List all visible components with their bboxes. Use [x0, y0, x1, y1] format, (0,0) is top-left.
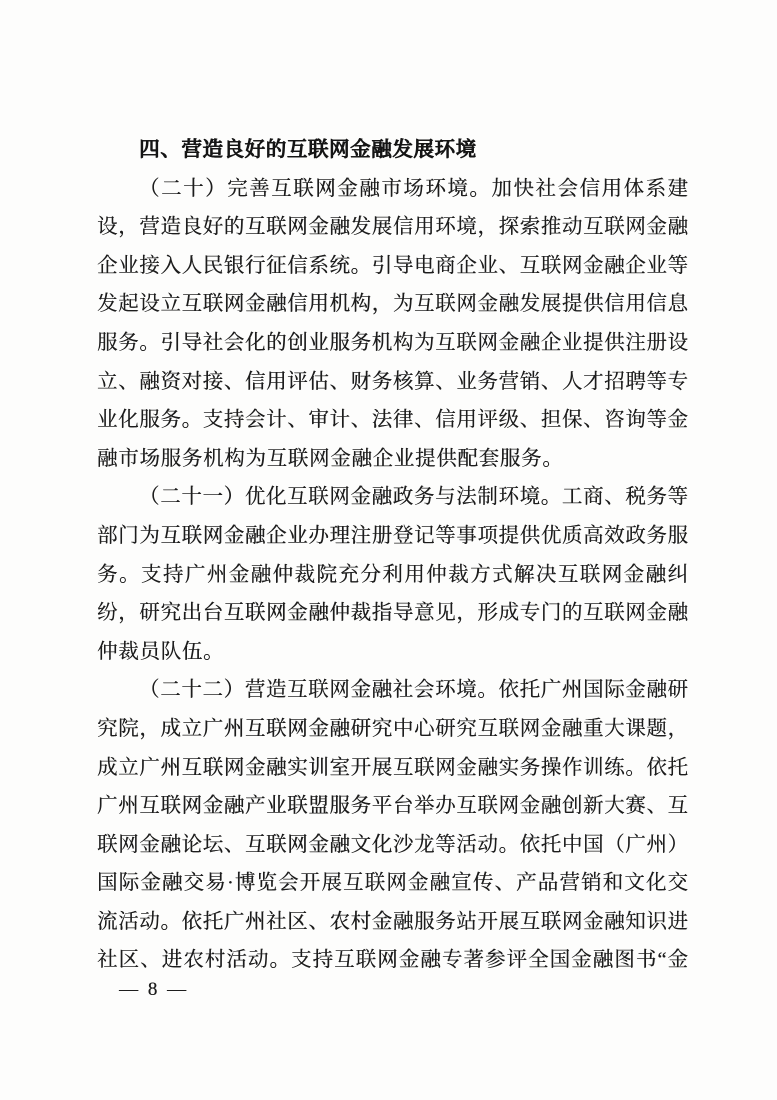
text-line: 仲裁员队伍。	[97, 633, 688, 672]
text-line: 究院，成立广州互联网金融研究中心研究互联网金融重大课题，	[97, 710, 688, 749]
text-line: 融市场服务机构为互联网金融企业提供配套服务。	[97, 440, 688, 479]
text-line: 流活动。依托广州社区、农村金融服务站开展互联网金融知识进	[97, 903, 688, 942]
document-content: 四、营造良好的互联网金融发展环境 （二十）完善互联网金融市场环境。加快社会信用体…	[97, 131, 688, 980]
text-line: （二十）完善互联网金融市场环境。加快社会信用体系建	[97, 170, 688, 209]
text-line: 立、融资对接、信用评估、财务核算、业务营销、人才招聘等专	[97, 363, 688, 402]
text-line: 纷，研究出台互联网金融仲裁指导意见，形成专门的互联网金融	[97, 594, 688, 633]
text-line: 设，营造良好的互联网金融发展信用环境，探索推动互联网金融	[97, 208, 688, 247]
text-line: 成立广州互联网金融实训室开展互联网金融实务操作训练。依托	[97, 749, 688, 788]
text-line: 部门为互联网金融企业办理注册登记等事项提供优质高效政务服	[97, 517, 688, 556]
document-body: （二十）完善互联网金融市场环境。加快社会信用体系建设，营造良好的互联网金融发展信…	[97, 170, 688, 980]
section-heading: 四、营造良好的互联网金融发展环境	[97, 131, 688, 170]
text-line: 广州互联网金融产业联盟服务平台举办互联网金融创新大赛、互	[97, 787, 688, 826]
scanned-document-page: 四、营造良好的互联网金融发展环境 （二十）完善互联网金融市场环境。加快社会信用体…	[0, 0, 777, 1100]
text-line: （二十一）优化互联网金融政务与法制环境。工商、税务等	[97, 478, 688, 517]
text-line: 务。支持广州金融仲裁院充分利用仲裁方式解决互联网金融纠	[97, 556, 688, 595]
text-line: 国际金融交易·博览会开展互联网金融宣传、产品营销和文化交	[97, 864, 688, 903]
text-line: 业化服务。支持会计、审计、法律、信用评级、担保、咨询等金	[97, 401, 688, 440]
text-line: 发起设立互联网金融信用机构，为互联网金融发展提供信用信息	[97, 285, 688, 324]
text-line: 企业接入人民银行征信系统。引导电商企业、互联网金融企业等	[97, 247, 688, 286]
text-line: 联网金融论坛、互联网金融文化沙龙等活动。依托中国（广州）	[97, 826, 688, 865]
page-number: — 8 —	[119, 978, 189, 1002]
text-line: 社区、进农村活动。支持互联网金融专著参评全国金融图书“金	[97, 941, 688, 980]
text-line: 服务。引导社会化的创业服务机构为互联网金融企业提供注册设	[97, 324, 688, 363]
text-line: （二十二）营造互联网金融社会环境。依托广州国际金融研	[97, 671, 688, 710]
